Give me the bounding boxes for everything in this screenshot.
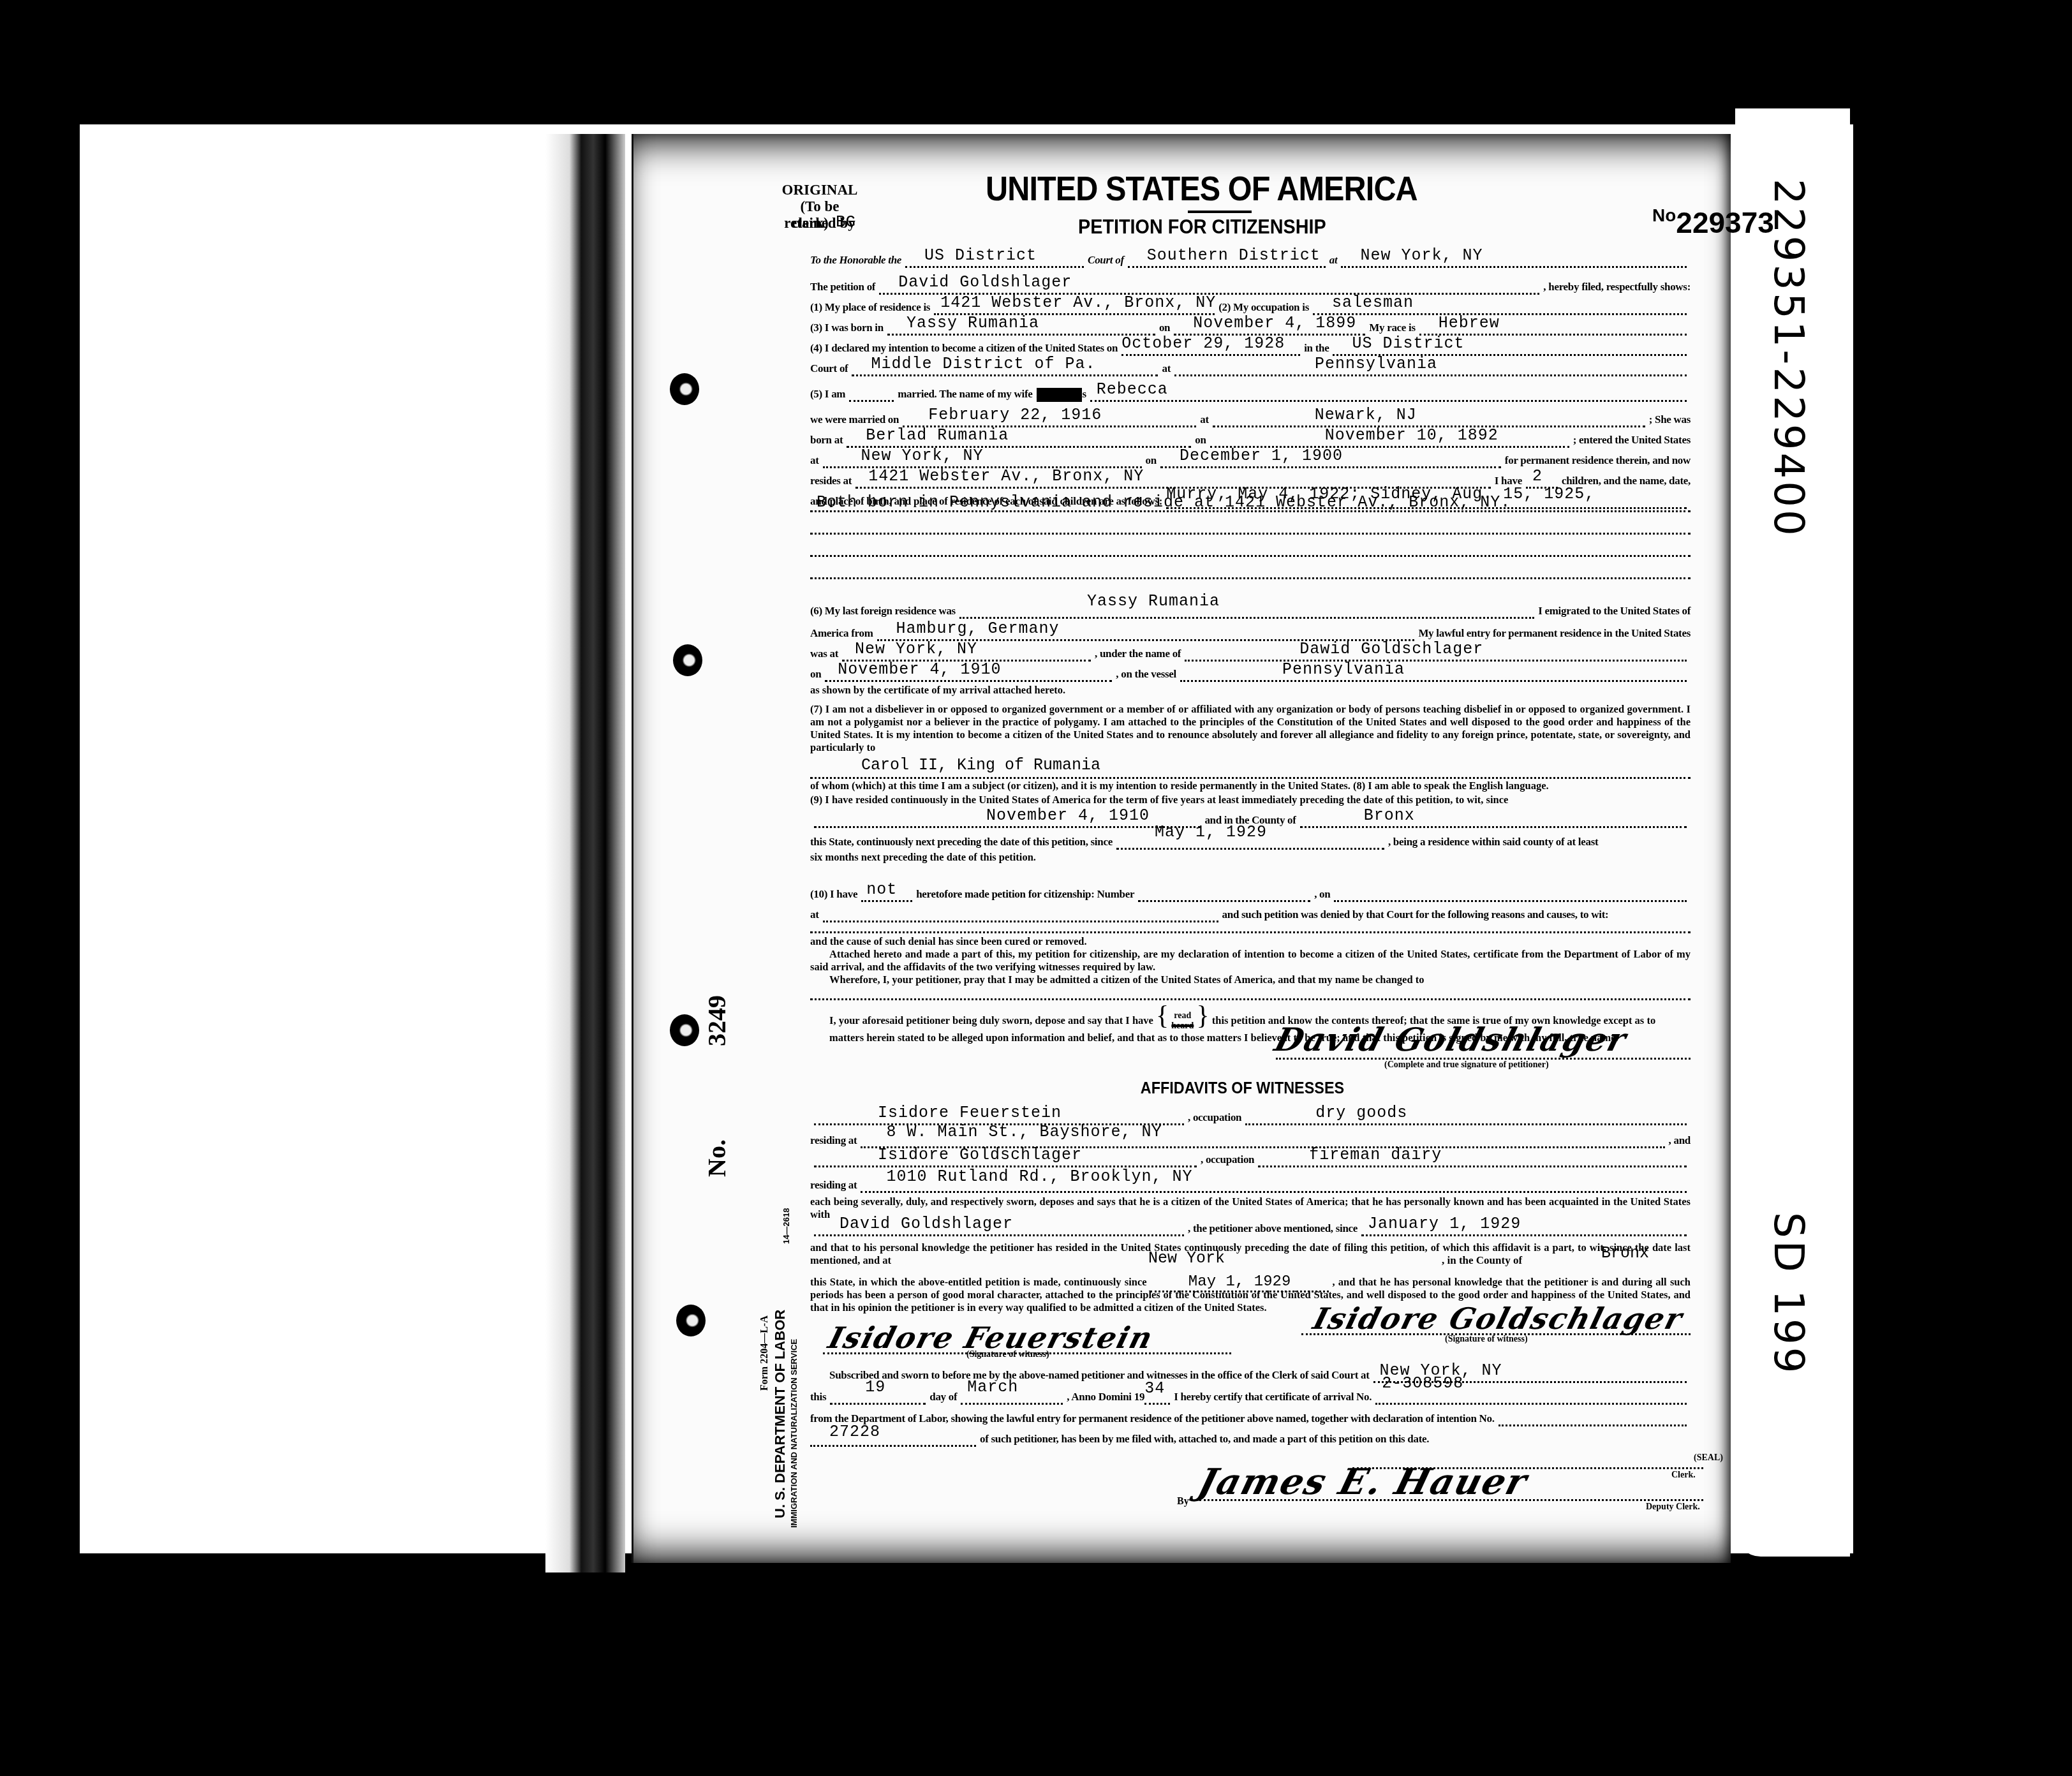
- to-honorable-label: To the Honorable the: [810, 254, 901, 268]
- county-label-2: , in the County of: [1442, 1254, 1522, 1267]
- marriage-row: (5) I am married. The name of my wife XX…: [810, 376, 1691, 402]
- court-of-label-2: Court of: [810, 362, 848, 376]
- filed-text: of such petitioner, has been by me filed…: [980, 1433, 1429, 1447]
- knowledge-text: and that to his personal knowledge the p…: [810, 1241, 1691, 1267]
- state-since-label: this State, continuously next preceding …: [810, 836, 1113, 850]
- birthplace-value: Yassy Rumania: [907, 314, 1039, 332]
- wife-name-value: Rebecca: [1097, 380, 1168, 399]
- court-row: To the Honorable the US District Court o…: [810, 242, 1691, 268]
- wife-entry-place-value: New York, NY: [861, 447, 984, 465]
- punch-hole-icon: [670, 1014, 699, 1046]
- marriage-place-value: Newark, NJ: [1315, 406, 1417, 424]
- wife-residence-value: 1421 Webster Av., Bronx, NY: [868, 467, 1144, 485]
- serial-value: 229373: [1676, 206, 1774, 239]
- read-label: read: [1171, 1011, 1194, 1021]
- affidavit-place-value: New York: [1148, 1249, 1225, 1268]
- form-number: Form 2204—L-A: [759, 1315, 771, 1391]
- blank-line: [810, 533, 1691, 535]
- blank-line: [810, 555, 1691, 557]
- married-label: married. The name of my wife: [898, 388, 1032, 402]
- clerk-label: Clerk.: [1671, 1470, 1696, 1481]
- range-annotation: 229351-229400: [1765, 179, 1812, 538]
- entry-date-row: on November 4, 1910 , on the vessel Penn…: [810, 656, 1691, 682]
- last-residence-value: Yassy Rumania: [1087, 592, 1220, 610]
- us-since-value: November 4, 1910: [986, 806, 1150, 825]
- declaration-number-field: 27228: [810, 1422, 976, 1447]
- margin-number: No.: [702, 1139, 732, 1177]
- box-code-annotation: SD 199: [1765, 1212, 1812, 1375]
- wife-birthdate-value: November 10, 1892: [1325, 426, 1499, 445]
- affidavit-petitioner-field: David Goldshlager: [814, 1211, 1184, 1236]
- certificate-text: as shown by the certificate of my arriva…: [810, 684, 1691, 697]
- affidavit-petitioner-value: David Goldshlager: [840, 1215, 1013, 1233]
- witness2-signature: Isidore Goldschlager: [1310, 1301, 1687, 1336]
- binding-shadow: [545, 134, 625, 1573]
- arrival-certificate-value: 2-308598: [1382, 1374, 1463, 1393]
- witness1-row: Isidore Feuerstein , occupation dry good…: [810, 1100, 1691, 1125]
- denied-label: and such petition was denied by that Cou…: [1222, 908, 1609, 922]
- six-months-text: six months next preceding the date of th…: [810, 851, 1691, 864]
- petitioner-known-row: David Goldshlager , the petitioner above…: [810, 1211, 1691, 1236]
- brace-open: {: [1156, 1001, 1169, 1030]
- petitioner-signature-line: [1276, 1058, 1691, 1060]
- residence-within-label: , being a residence within said county o…: [1388, 836, 1598, 850]
- known-since-value: January 1, 1929: [1368, 1215, 1521, 1233]
- punch-hole-icon: [673, 644, 702, 676]
- wife-birthplace-value: Berlad Rumania: [866, 426, 1009, 445]
- state-since-field: May 1, 1929: [1116, 825, 1384, 850]
- county-value: Bronx: [1364, 806, 1415, 825]
- entry-date-field: November 4, 1910: [825, 657, 1112, 682]
- clerk-initials: BG: [836, 212, 855, 232]
- witness1-occupation-field: dry goods: [1245, 1100, 1687, 1125]
- punch-hole-icon: [670, 373, 699, 405]
- declaration-place-field: Pennsylvania: [1174, 352, 1687, 376]
- witness1-name-value: Isidore Feuerstein: [878, 1104, 1062, 1122]
- original-label: ORIGINAL: [781, 182, 858, 198]
- page-title: UNITED STATES OF AMERICA: [986, 169, 1417, 209]
- witness2-caption: (Signature of witness): [1445, 1335, 1528, 1345]
- on-label-4: on: [810, 668, 821, 682]
- read-heard-choice: read heard: [1171, 1011, 1194, 1032]
- witness2-address-field: 1010 Rutland Rd., Brooklyn, NY: [861, 1168, 1687, 1193]
- witness2-occupation-value: fireman dairy: [1309, 1146, 1442, 1164]
- witness2-row: Isidore Goldschlager , occupation firema…: [810, 1142, 1691, 1167]
- petitioner-name-value: David Goldshlager: [898, 273, 1072, 292]
- at-label-5: at: [810, 908, 819, 922]
- residence-value: 1421 Webster Av., Bronx, NY: [940, 293, 1216, 312]
- district-value: Southern District: [1147, 246, 1321, 265]
- denial-reasons-line: [810, 931, 1691, 933]
- name-change-line: [810, 998, 1691, 1000]
- wife-name-field: Rebecca: [1090, 377, 1687, 402]
- entry-name-value: Dawid Goldschlager: [1299, 640, 1483, 658]
- is-label: s: [1082, 388, 1086, 402]
- subject-text: of whom (which) at this time I am a subj…: [810, 780, 1691, 792]
- vessel-field: Pennsylvania: [1180, 657, 1687, 682]
- declaration-district-row: Court of Middle District of Pa. at Penns…: [810, 351, 1691, 376]
- witness1-name-field: Isidore Feuerstein: [814, 1100, 1184, 1125]
- month-value: March: [967, 1378, 1018, 1396]
- state-since-row: this State, continuously next preceding …: [810, 824, 1691, 850]
- by-label: By: [1177, 1496, 1189, 1507]
- prior-at-row: at and such petition was denied by that …: [810, 897, 1691, 922]
- marriage-date-value: February 22, 1916: [928, 406, 1102, 424]
- witness2-name-value: Isidore Goldschlager: [878, 1146, 1082, 1164]
- occupation-label-w2: , occupation: [1201, 1153, 1254, 1167]
- heard-struck: heard: [1171, 1021, 1194, 1032]
- vessel-label: , on the vessel: [1116, 668, 1176, 682]
- signature-caption: (Complete and true signature of petition…: [1384, 1060, 1549, 1070]
- witness1-address-value: 8 W. Main St., Bayshore, NY: [886, 1123, 1162, 1141]
- service-label: IMMIGRATION AND NATURALIZATION SERVICE: [789, 1339, 799, 1528]
- title-rule: [1188, 211, 1252, 213]
- race-value: Hebrew: [1439, 314, 1500, 332]
- margin-number-prefix: No.: [702, 1139, 731, 1177]
- known-since-field: January 1, 1929: [1361, 1211, 1687, 1236]
- emigrated-from-value: Hamburg, Germany: [896, 619, 1060, 638]
- at-label: at: [1329, 254, 1338, 268]
- page-subtitle: PETITION FOR CITIZENSHIP: [1078, 215, 1326, 239]
- declaration-court-value: US District: [1352, 334, 1464, 353]
- children-count-value: 2: [1532, 467, 1543, 485]
- children-line2-field: Both born in Pennyslvania and reside at …: [810, 510, 1691, 512]
- birthdate-value: November 4, 1899: [1193, 314, 1356, 332]
- declaration-place-value: Pennsylvania: [1315, 355, 1437, 373]
- declaration-number-value: 27228: [829, 1423, 880, 1441]
- petitioner-since-label: , the petitioner above mentioned, since: [1188, 1222, 1358, 1236]
- declaration-district-value: Middle District of Pa.: [871, 355, 1095, 373]
- serial-prefix: No: [1652, 205, 1676, 225]
- sovereign-line: [810, 777, 1691, 779]
- witness2-occupation-field: fireman dairy: [1258, 1143, 1687, 1167]
- clerk-label: clerk): [781, 215, 839, 232]
- children-line2-value: Both born in Pennyslvania and reside at …: [817, 493, 1511, 512]
- prior-court-field: [823, 898, 1218, 922]
- court-location-field: New York, NY: [1341, 243, 1687, 268]
- department-label: U. S. DEPARTMENT OF LABOR: [772, 1310, 788, 1518]
- state-since-value: May 1, 1929: [1155, 823, 1267, 841]
- i-am-label: (5) I am: [810, 388, 845, 402]
- wherefore-text: Wherefore, I, your petitioner, pray that…: [810, 973, 1691, 986]
- wife-entry-date-value: December 1, 1900: [1180, 447, 1343, 465]
- witness2-address-row: residing at 1010 Rutland Rd., Brooklyn, …: [810, 1167, 1691, 1193]
- entry-port-value: New York, NY: [855, 640, 977, 658]
- occupation-value: salesman: [1332, 293, 1414, 312]
- sovereign-value: Carol II, King of Rumania: [861, 756, 1100, 774]
- brace-close: }: [1196, 1001, 1209, 1030]
- have-not-value: not: [866, 880, 897, 899]
- petitioner-signature: David Goldshlager: [1271, 1021, 1631, 1058]
- deputy-clerk-label: Deputy Clerk.: [1646, 1502, 1700, 1513]
- state-text: this State, in which the above-entitled …: [810, 1276, 1147, 1288]
- day-value: 19: [865, 1378, 885, 1396]
- court-name-field: US District: [905, 243, 1084, 268]
- declaration-date-value: October 29, 1928: [1121, 334, 1285, 353]
- last-residence-row: (6) My last foreign residence was Yassy …: [810, 593, 1691, 619]
- witness1-occupation-value: dry goods: [1315, 1104, 1407, 1122]
- serial-number: No229373: [1652, 205, 1774, 240]
- cured-text: and the cause of such denial has since b…: [810, 935, 1691, 948]
- witness2-address-value: 1010 Rutland Rd., Brooklyn, NY: [886, 1167, 1192, 1186]
- court-name-value: US District: [924, 246, 1037, 265]
- declaration-district-field: Middle District of Pa.: [852, 352, 1158, 376]
- marital-blank: [849, 377, 894, 402]
- year-value: 34: [1144, 1379, 1165, 1398]
- deputy-signature: James E. Hauer: [1194, 1461, 1532, 1503]
- blank-line: [810, 577, 1691, 579]
- punch-hole-icon: [676, 1305, 706, 1336]
- declaration-filed-row: 27228 of such petitioner, has been by me…: [810, 1421, 1691, 1447]
- entry-date-value: November 4, 1910: [838, 660, 1001, 679]
- allegiance-text: (7) I am not a disbeliever in or opposed…: [810, 703, 1691, 754]
- court-location-value: New York, NY: [1360, 246, 1483, 265]
- court-of-label: Court of: [1088, 254, 1124, 268]
- attached-text: Attached hereto and made a part of this,…: [810, 948, 1691, 973]
- print-code: 14—2618: [781, 1208, 791, 1244]
- affidavits-title: AFFIDAVITS OF WITNESSES: [1141, 1078, 1344, 1098]
- residing-label-w2: residing at: [810, 1179, 857, 1193]
- district-field: Southern District: [1128, 243, 1326, 268]
- struck-text: XXXXXX: [1037, 388, 1083, 402]
- vessel-value: Pennsylvania: [1282, 660, 1405, 679]
- margin-number-value: 3249: [702, 995, 732, 1046]
- affidavit-county-value: Bronx: [1601, 1244, 1649, 1262]
- seal-label: (SEAL): [1694, 1453, 1723, 1463]
- witness2-name-field: Isidore Goldschlager: [814, 1143, 1197, 1167]
- sworn-text: I, your aforesaid petitioner being duly …: [829, 1014, 1153, 1026]
- at-label-2: at: [1162, 362, 1171, 376]
